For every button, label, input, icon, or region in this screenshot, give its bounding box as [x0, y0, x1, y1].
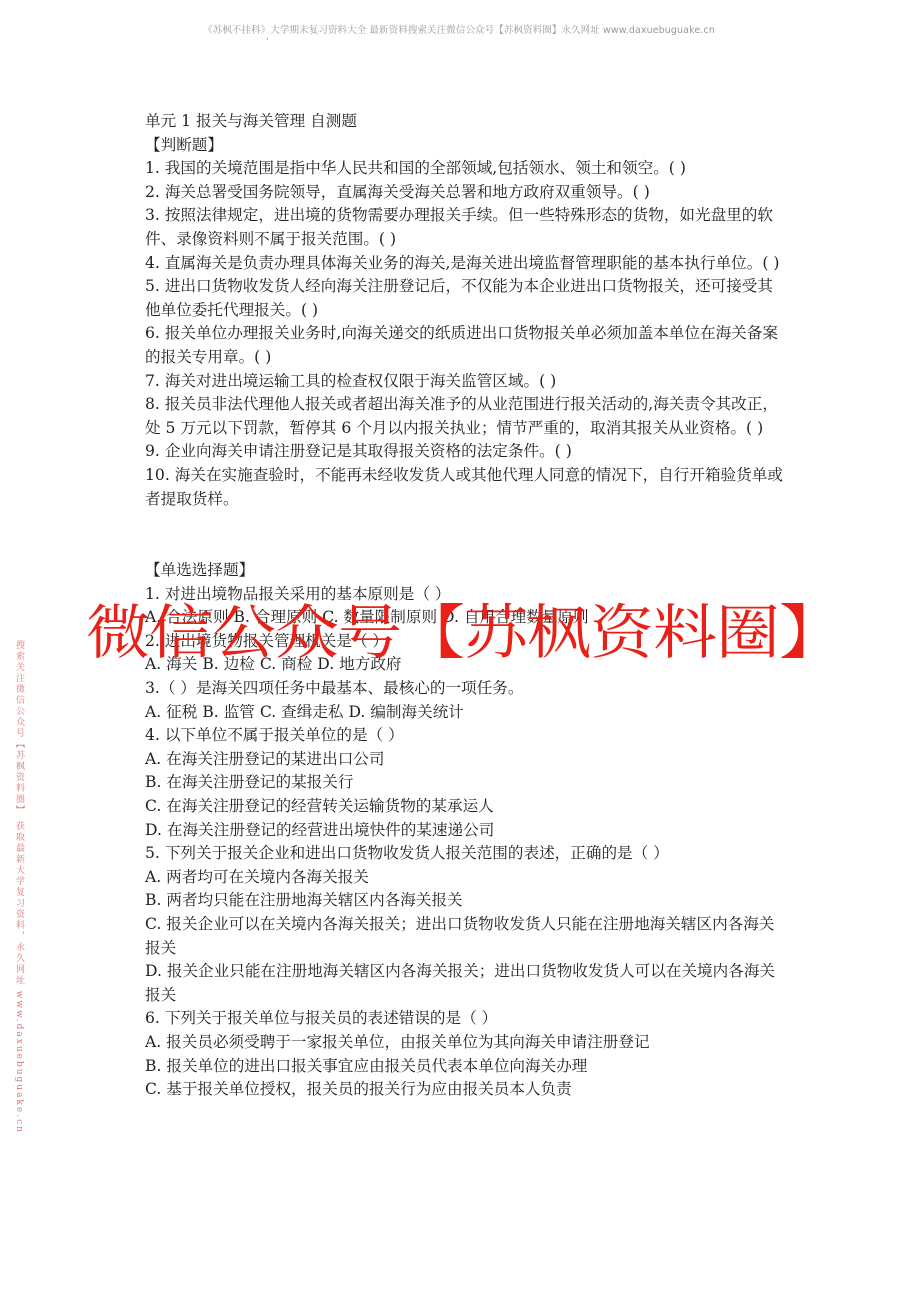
page-header-banner: 《苏枫不挂科》大学期末复习资料大全 最新资料搜索关注微信公众号【苏枫资料圈】永久…	[0, 22, 918, 36]
tf-item-4: 4. 直属海关是负责办理具体海关业务的海关,是海关进出境监督管理职能的基本执行单…	[145, 252, 785, 276]
tf-item-5: 5. 进出口货物收发货人经向海关注册登记后，不仅能为本企业进出口货物报关，还可接…	[145, 275, 785, 322]
true-false-section: 【判断题】 1. 我国的关境范围是指中华人民共和国的全部领域,包括领水、领土和领…	[145, 134, 785, 512]
tf-item-10: 10. 海关在实施查验时，不能再未经收发货人或其他代理人同意的情况下，自行开箱验…	[145, 464, 785, 511]
question-4-option-a: A. 在海关注册登记的某进出口公司	[145, 748, 785, 772]
question-2-stem: 2. 进出境货物报关管理机关是（ ）	[145, 630, 785, 654]
tf-item-7: 7. 海关对进出境运输工具的检查权仅限于海关监管区域。( )	[145, 370, 785, 394]
section-heading-single-choice: 【单选选择题】	[145, 559, 785, 583]
tf-item-8: 8. 报关员非法代理他人报关或者超出海关准予的从业范围进行报关活动的,海关责令其…	[145, 393, 785, 440]
side-margin-note: 搜索关注微信公众号【苏枫资料圈】 获取最新大学复习资料，永久网址 www.dax…	[14, 640, 23, 1060]
question-5-stem: 5. 下列关于报关企业和进出口货物收发货人报关范围的表述，正确的是（ ）	[145, 842, 785, 866]
tf-item-6: 6. 报关单位办理报关业务时,向海关递交的纸质进出口货物报关单必须加盖本单位在海…	[145, 322, 785, 369]
section-heading-true-false: 【判断题】	[145, 134, 785, 158]
question-5-option-a: A. 两者均可在关境内各海关报关	[145, 866, 785, 890]
document-body: 单元 1 报关与海关管理 自测题 【判断题】 1. 我国的关境范围是指中华人民共…	[145, 110, 785, 1102]
tf-item-9: 9. 企业向海关申请注册登记是其取得报关资格的法定条件。( )	[145, 440, 785, 464]
header-stray-comma: ,	[266, 32, 269, 42]
question-3-options: A. 征税 B. 监管 C. 查缉走私 D. 编制海关统计	[145, 701, 785, 725]
question-5-option-d: D. 报关企业只能在注册地海关辖区内各海关报关；进出口货物收发货人可以在关境内各…	[145, 960, 785, 1007]
question-4-option-d: D. 在海关注册登记的经营进出境快件的某速递公司	[145, 819, 785, 843]
question-2-options: A. 海关 B. 边检 C. 商检 D. 地方政府	[145, 653, 785, 677]
tf-item-1: 1. 我国的关境范围是指中华人民共和国的全部领域,包括领水、领土和领空。( )	[145, 157, 785, 181]
question-4-stem: 4. 以下单位不属于报关单位的是（ ）	[145, 724, 785, 748]
question-6-option-b: B. 报关单位的进出口报关事宜应由报关员代表本单位向海关办理	[145, 1055, 785, 1079]
question-4-option-b: B. 在海关注册登记的某报关行	[145, 771, 785, 795]
question-4-option-c: C. 在海关注册登记的经营转关运输货物的某承运人	[145, 795, 785, 819]
question-6-stem: 6. 下列关于报关单位与报关员的表述错误的是（ ）	[145, 1007, 785, 1031]
question-6-option-c: C. 基于报关单位授权，报关员的报关行为应由报关员本人负责	[145, 1078, 785, 1102]
question-3-stem: 3.（ ）是海关四项任务中最基本、最核心的一项任务。	[145, 677, 785, 701]
question-6-option-a: A. 报关员必须受聘于一家报关单位，由报关单位为其向海关申请注册登记	[145, 1031, 785, 1055]
question-1-options: A. 合法原则 B. 合理原则 C. 数量限制原则 D. 自用合理数量原则	[145, 606, 785, 630]
question-5-option-c: C. 报关企业可以在关境内各海关报关；进出口货物收发货人只能在注册地海关辖区内各…	[145, 913, 785, 960]
question-1-stem: 1. 对进出境物品报关采用的基本原则是（ ）	[145, 583, 785, 607]
single-choice-section: 【单选选择题】 1. 对进出境物品报关采用的基本原则是（ ） A. 合法原则 B…	[145, 559, 785, 1102]
tf-item-2: 2. 海关总署受国务院领导，直属海关受海关总署和地方政府双重领导。( )	[145, 181, 785, 205]
section-gap	[145, 511, 785, 559]
tf-item-3: 3. 按照法律规定，进出境的货物需要办理报关手续。但一些特殊形态的货物，如光盘里…	[145, 204, 785, 251]
question-5-option-b: B. 两者均只能在注册地海关辖区内各海关报关	[145, 889, 785, 913]
document-title: 单元 1 报关与海关管理 自测题	[145, 110, 785, 134]
